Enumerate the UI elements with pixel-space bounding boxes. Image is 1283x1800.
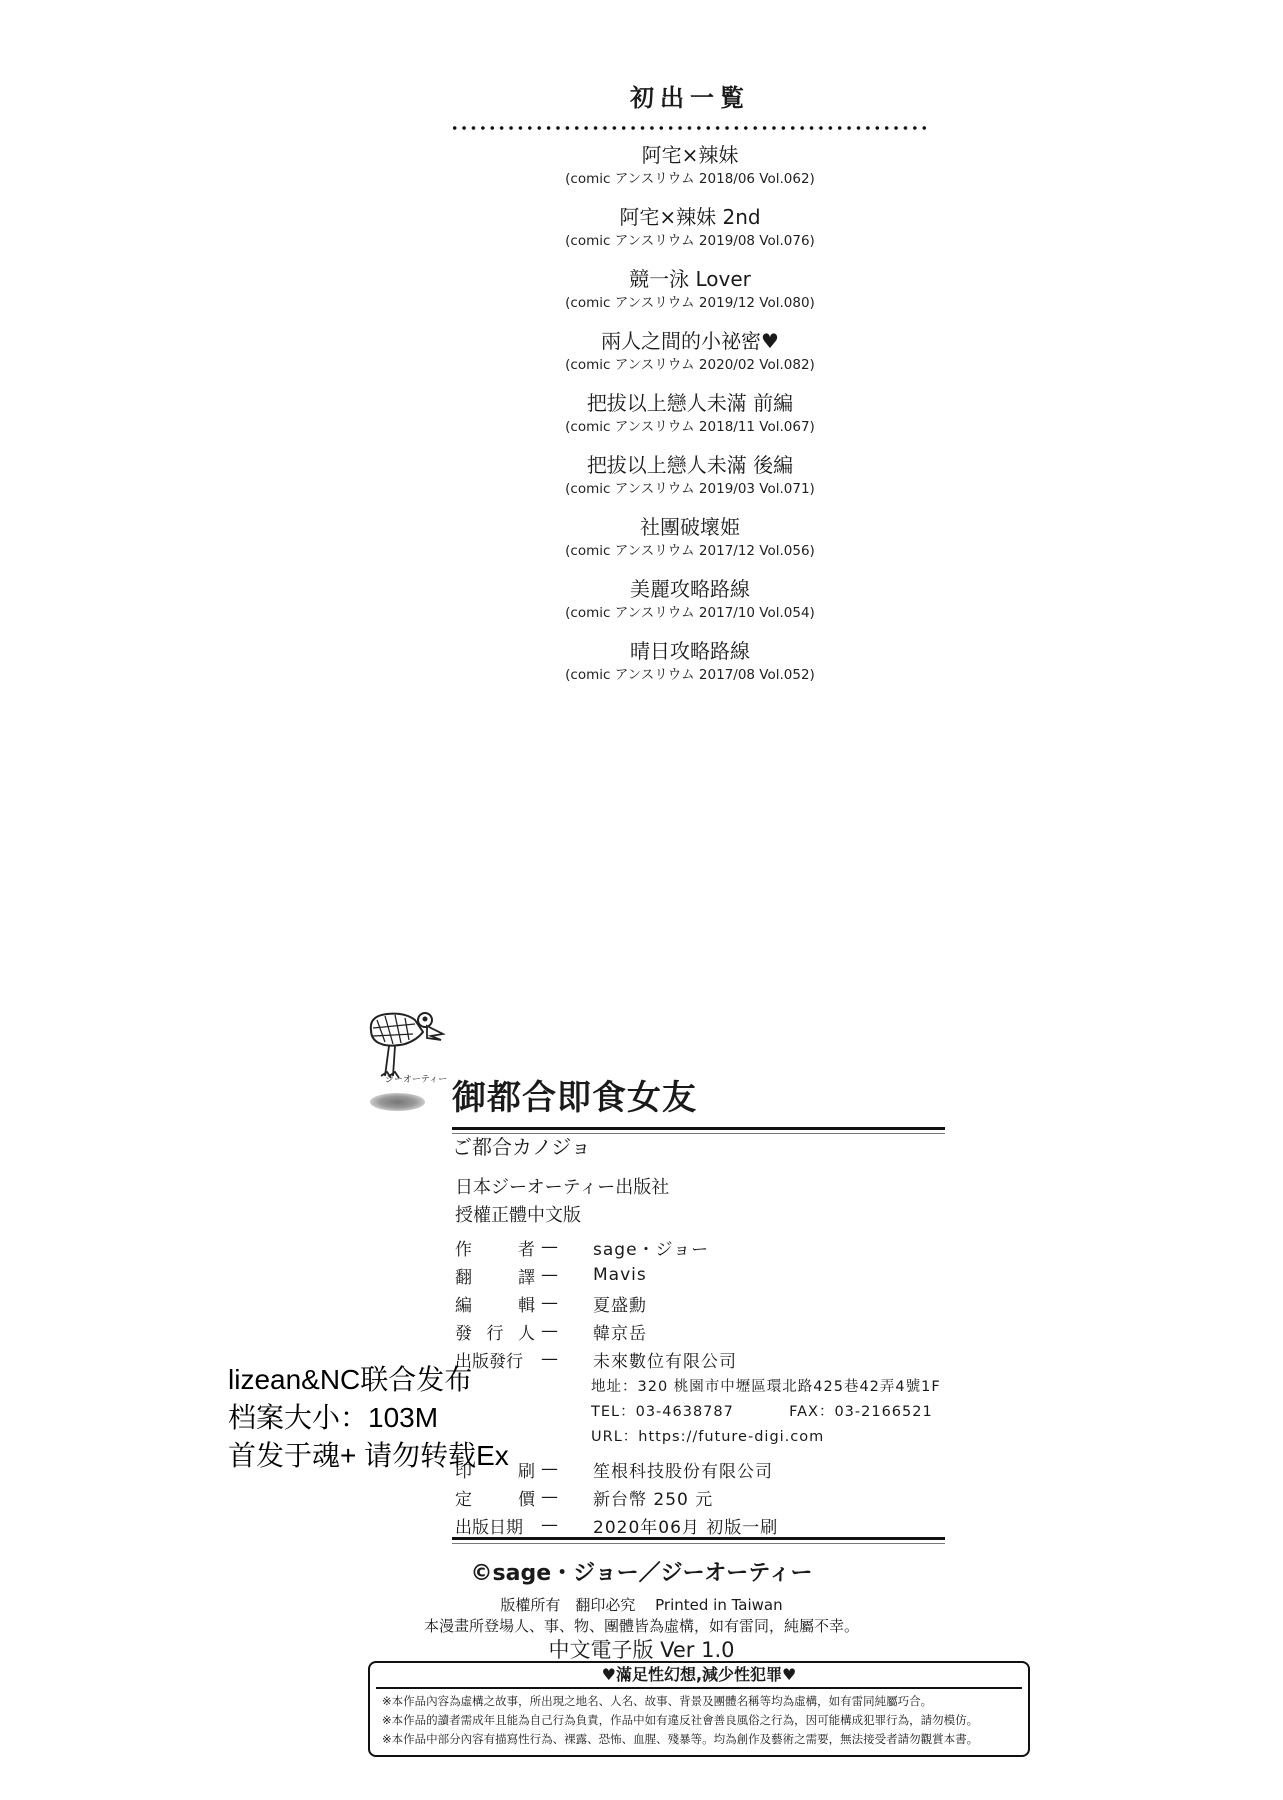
notice-heading: ♥滿足性幻想,減少性犯罪♥ [376,1663,1022,1689]
credit-row: 作者—sage・ジョー [455,1233,975,1261]
credit-value: 新台幣 250 元 [573,1485,713,1510]
entry-source: (comic アンスリウム 2017/08 Vol.052) [440,664,940,686]
credit-label-char: 行 [487,1319,504,1344]
first-appearance-list: 初出一覧 阿宅×辣妹(comic アンスリウム 2018/06 Vol.062)… [440,82,940,686]
credit-dash: — [535,1459,573,1479]
book-title: 御都合即食女友 [452,1076,697,1120]
book-subtitle: ご都合カノジョ [452,1133,591,1161]
rights-notice: 版權所有 翻印必究 Printed in Taiwan [0,1594,1283,1615]
toc-entry: 兩人之間的小祕密♥(comic アンスリウム 2020/02 Vol.082) [440,328,940,376]
bottom-rule [452,1537,945,1544]
release-watermark: lizean&NC联合发布 档案大小：103M 首发于魂+ 请勿转载Ex [228,1361,509,1475]
entry-source: (comic アンスリウム 2019/08 Vol.076) [440,230,940,252]
credit-label-char: 定 [455,1485,472,1510]
entry-title: 把拔以上戀人未滿 後編 [440,452,940,478]
watermark-line: 首发于魂+ 请勿转载Ex [228,1437,509,1475]
credit-row: 翻譯—Mavis [455,1261,975,1289]
entry-title: 把拔以上戀人未滿 前編 [440,390,940,416]
publisher-name: 日本ジーオーティー出版社 [455,1174,669,1202]
credit-label: 編輯 [455,1291,535,1316]
logo-label: ジーオーティー [385,1072,447,1085]
credit-dash: — [535,1349,573,1369]
credit-label-char: 譯 [518,1263,535,1288]
credit-label-char: 刷 [518,1457,535,1482]
tel: TEL：03-4638787 [591,1404,734,1420]
phone-fax-row: TEL：03-4638787 FAX：03-2166521 [591,1400,941,1425]
credit-label: 翻譯 [455,1263,535,1288]
entry-source: (comic アンスリウム 2019/12 Vol.080) [440,292,940,314]
dotted-divider [450,124,930,132]
credit-dash: — [535,1487,573,1507]
entry-source: (comic アンスリウム 2017/10 Vol.054) [440,602,940,624]
toc-entry: 把拔以上戀人未滿 後編(comic アンスリウム 2019/03 Vol.071… [440,452,940,500]
credit-label-char: 輯 [518,1291,535,1316]
entry-source: (comic アンスリウム 2018/06 Vol.062) [440,168,940,190]
credit-label-char: 編 [455,1291,472,1316]
credit-dash: — [535,1237,573,1257]
notice-line: ※本作品中部分內容有描寫性行為、裸露、恐怖、血腥、殘暴等。均為創作及藝術之需要，… [382,1730,1028,1749]
credit-dash: — [535,1515,573,1535]
credit-dash: — [535,1265,573,1285]
credit-value: 韓京岳 [573,1319,647,1344]
toc-entry: 阿宅×辣妹 2nd(comic アンスリウム 2019/08 Vol.076) [440,204,940,252]
license-note: 授權正體中文版 [455,1202,669,1230]
notice-line: ※本作品內容為虛構之故事，所出現之地名、人名、故事、背景及團體名稱等均為虛構，如… [382,1692,1028,1711]
notice-lines: ※本作品內容為虛構之故事，所出現之地名、人名、故事、背景及團體名稱等均為虛構，如… [370,1689,1028,1749]
fax: FAX：03-2166521 [789,1404,933,1420]
toc-entry: 晴日攻略路線(comic アンスリウム 2017/08 Vol.052) [440,638,940,686]
credit-value: 笙根科技股份有限公司 [573,1457,773,1482]
credit-dash: — [535,1293,573,1313]
credit-value: sage・ジョー [573,1235,709,1260]
entry-title: 阿宅×辣妹 [440,142,940,168]
credits-list: 作者—sage・ジョー翻譯—Mavis編輯—夏盛勳發行人—韓京岳出版發行—未來數… [455,1233,975,1373]
credit-label: 定價 [455,1485,535,1510]
publisher-block: 日本ジーオーティー出版社 授權正體中文版 [455,1174,669,1230]
credit-label: 作者 [455,1235,535,1260]
credit-row: 定價—新台幣 250 元 [455,1483,975,1511]
contact-info: 地址：320 桃園市中壢區環北路425巷42弄4號1F TEL：03-46387… [591,1375,941,1450]
credit-label: 發行人 [455,1319,535,1344]
fiction-disclaimer: 本漫畫所登場人、事、物、團體皆為虛構，如有雷同，純屬不幸。 [0,1615,1283,1636]
credit-row: 出版日期—2020年06月 初版一刷 [455,1511,975,1539]
credit-label-char: 人 [518,1319,535,1344]
entry-source: (comic アンスリウム 2020/02 Vol.082) [440,354,940,376]
entry-source: (comic アンスリウム 2019/03 Vol.071) [440,478,940,500]
credit-value: 2020年06月 初版一刷 [573,1513,778,1538]
credit-row: 出版發行—未來數位有限公司 [455,1345,975,1373]
credits-list-2: 印刷—笙根科技股份有限公司定價—新台幣 250 元出版日期—2020年06月 初… [455,1455,975,1539]
watermark-line: lizean&NC联合发布 [228,1361,509,1399]
credit-row: 印刷—笙根科技股份有限公司 [455,1455,975,1483]
credit-value: 未來數位有限公司 [573,1347,737,1372]
notice-line: ※本作品的讀者需成年且能為自己行為負責，作品中如有違反社會善良風俗之行為，因可能… [382,1711,1028,1730]
entry-source: (comic アンスリウム 2018/11 Vol.067) [440,416,940,438]
toc-entries: 阿宅×辣妹(comic アンスリウム 2018/06 Vol.062)阿宅×辣妹… [440,142,940,686]
credit-value: Mavis [573,1265,647,1285]
edition-label: 中文電子版 Ver 1.0 [0,1634,1283,1664]
credit-dash: — [535,1321,573,1341]
entry-title: 兩人之間的小祕密♥ [440,328,940,354]
address: 地址：320 桃園市中壢區環北路425巷42弄4號1F [591,1375,941,1400]
toc-entry: 阿宅×辣妹(comic アンスリウム 2018/06 Vol.062) [440,142,940,190]
credit-row: 發行人—韓京岳 [455,1317,975,1345]
logo-shadow [370,1093,425,1111]
credit-label-char: 者 [518,1235,535,1260]
url: URL：https://future-digi.com [591,1425,941,1450]
toc-title: 初出一覧 [440,82,940,114]
entry-title: 社團破壞姫 [440,514,940,540]
credit-value: 夏盛勳 [573,1291,647,1316]
entry-source: (comic アンスリウム 2017/12 Vol.056) [440,540,940,562]
credit-row: 編輯—夏盛勳 [455,1289,975,1317]
entry-title: 競一泳 Lover [440,266,940,292]
watermark-line: 档案大小：103M [228,1399,509,1437]
entry-title: 晴日攻略路線 [440,638,940,664]
credit-label-char: 翻 [455,1263,472,1288]
credit-label-char: 出版日期 [455,1513,523,1538]
toc-entry: 美麗攻略路線(comic アンスリウム 2017/10 Vol.054) [440,576,940,624]
credit-label-char: 價 [518,1485,535,1510]
entry-title: 阿宅×辣妹 2nd [440,204,940,230]
copyright: ©sage・ジョー／ジーオーティー [0,1556,1283,1587]
toc-entry: 競一泳 Lover(comic アンスリウム 2019/12 Vol.080) [440,266,940,314]
credit-label-char: 發 [455,1319,472,1344]
notice-box: ♥滿足性幻想,減少性犯罪♥ ※本作品內容為虛構之故事，所出現之地名、人名、故事、… [368,1661,1030,1757]
credit-label-char: 作 [455,1235,472,1260]
toc-entry: 社團破壞姫(comic アンスリウム 2017/12 Vol.056) [440,514,940,562]
entry-title: 美麗攻略路線 [440,576,940,602]
credit-label: 出版日期 [455,1513,535,1538]
toc-entry: 把拔以上戀人未滿 前編(comic アンスリウム 2018/11 Vol.067… [440,390,940,438]
